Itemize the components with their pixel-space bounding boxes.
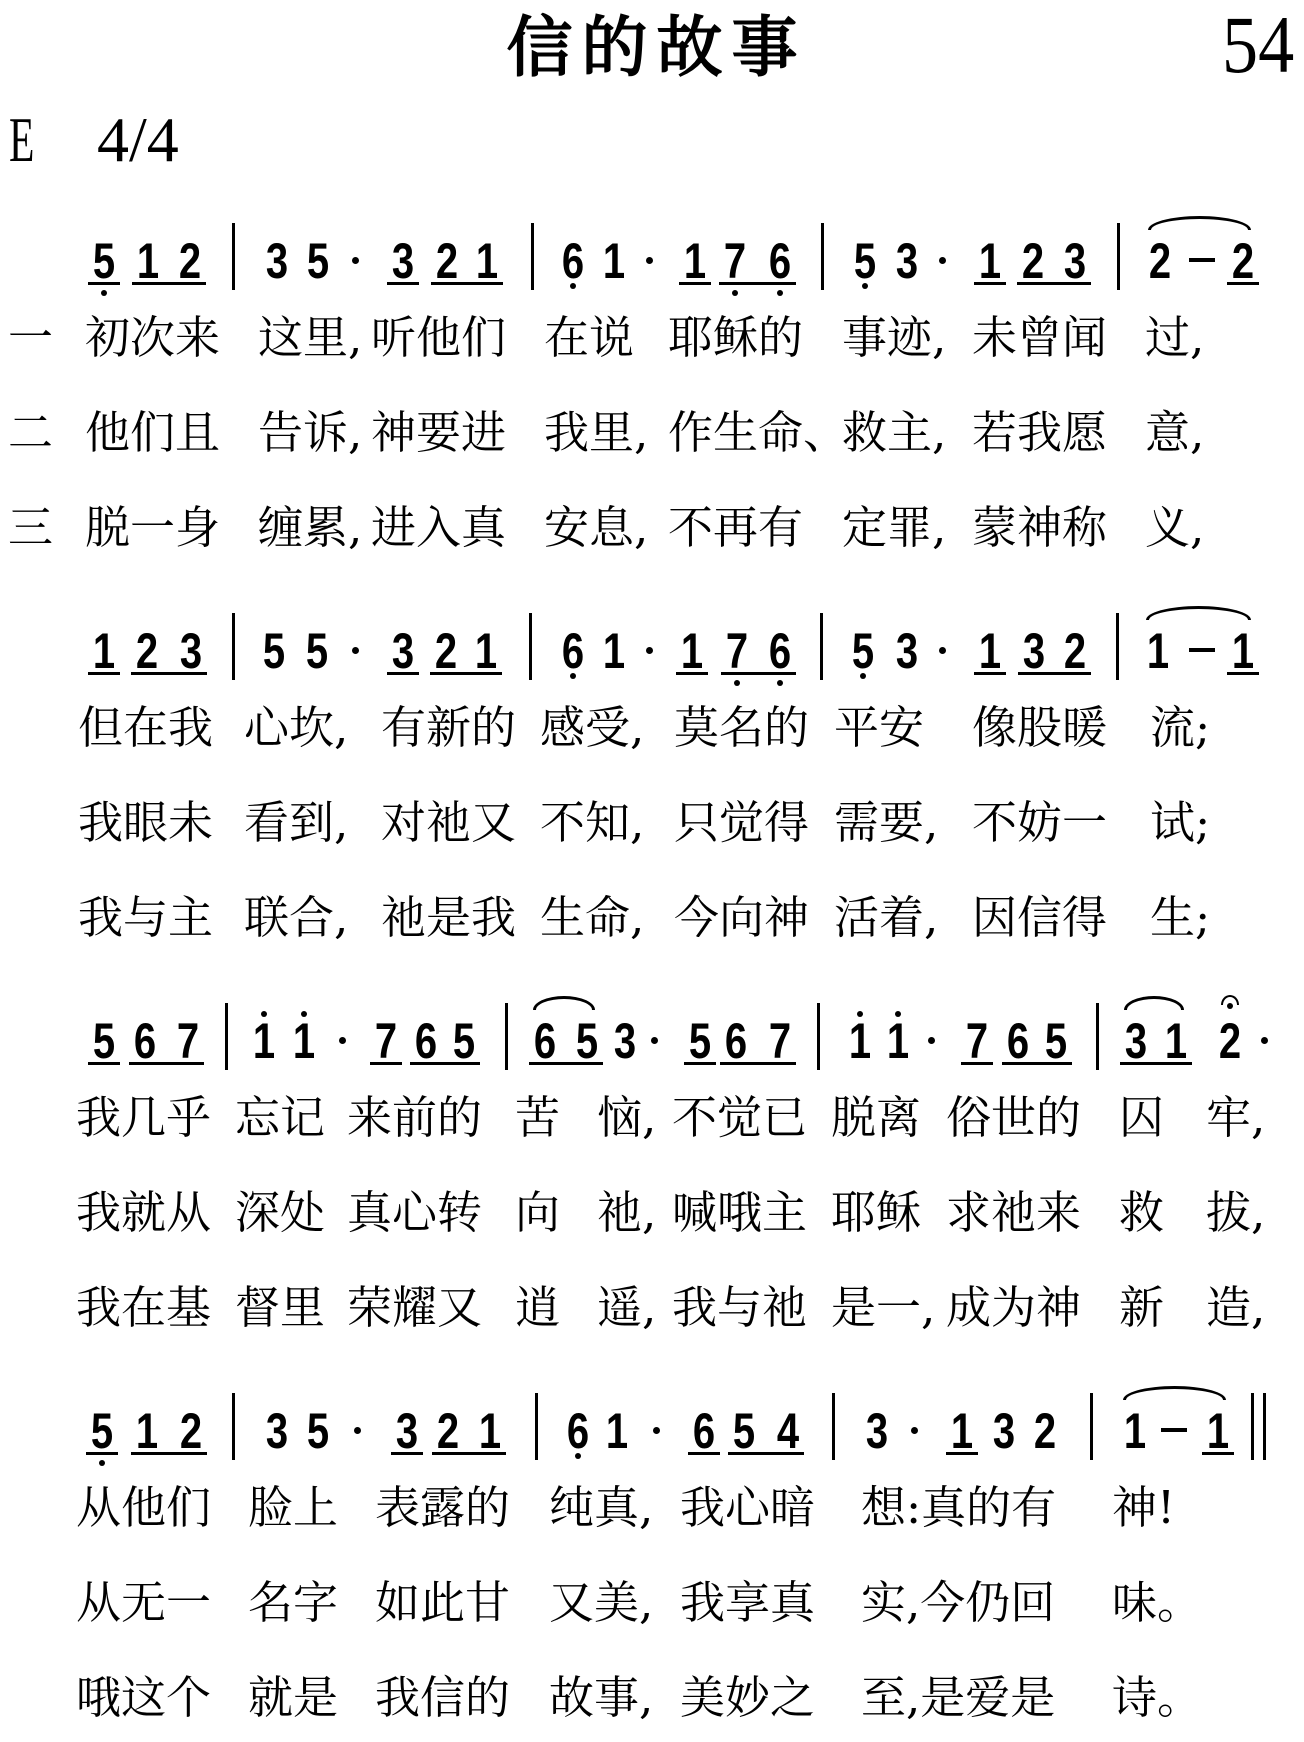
note: 5 (88, 1016, 120, 1066)
lyric-phrase: 在说 (544, 315, 634, 360)
note: 5 (847, 626, 879, 676)
lyric-phrase: 味。 (1112, 1580, 1202, 1625)
note: 3 (1018, 626, 1050, 676)
lyric-phrase: 这里, (258, 315, 362, 360)
note: 1 (474, 1406, 506, 1456)
lyric-phrase: 今向神 (674, 895, 809, 940)
lyric-phrase: 祂是我 (381, 895, 516, 940)
note: 7 (721, 626, 753, 676)
lyric-phrase: 造, (1206, 1285, 1265, 1330)
lyric-phrase: 名字 (248, 1580, 338, 1625)
beam-underline (88, 672, 120, 675)
lyric-phrase: 心坎, (244, 705, 348, 750)
note: 1 (1142, 626, 1174, 676)
lyric-phrase: 活着, (834, 895, 938, 940)
note: 1 (974, 236, 1006, 286)
verse-number: 三 (8, 505, 53, 550)
note: 2 (1059, 626, 1091, 676)
beam-underline (974, 672, 1006, 675)
beam-underline (721, 672, 796, 675)
lyric-phrase: 来前的 (347, 1095, 482, 1140)
lyric-phrase: 求祂来 (946, 1190, 1081, 1235)
note: 3 (1059, 236, 1091, 286)
note: 3 (1120, 1016, 1152, 1066)
augmentation-dot (939, 257, 946, 264)
note: 5 (302, 236, 334, 286)
note: 1 (1202, 1406, 1234, 1456)
note: 4 (772, 1406, 804, 1456)
barline (531, 223, 534, 290)
lyric-phrase: 拔, (1206, 1190, 1265, 1235)
lyric-phrase: 逍 (515, 1285, 560, 1330)
lyric-phrase: 但在我 (78, 705, 213, 750)
note: 2 (1227, 236, 1259, 286)
note: 1 (131, 1406, 163, 1456)
lyric-phrase: 耶稣 (831, 1190, 921, 1235)
augmentation-dot (646, 257, 653, 264)
lyric-phrase: 真心转 (347, 1190, 482, 1235)
lyric-phrase: 至,是爱是 (861, 1675, 1055, 1720)
augmentation-dot (651, 1037, 658, 1044)
note: 6 (562, 1406, 594, 1456)
beam-underline (131, 1452, 207, 1455)
augmentation-dot (653, 1427, 660, 1434)
lyric-phrase: 感受, (540, 705, 644, 750)
lyric-phrase: 只觉得 (674, 800, 809, 845)
note: 6 (688, 1406, 720, 1456)
note: 2 (1214, 1016, 1246, 1066)
note: 6 (1002, 1016, 1034, 1066)
note: 1 (882, 1016, 914, 1066)
lyric-phrase: 脱一身 (85, 505, 220, 550)
note: 5 (258, 626, 290, 676)
lyric-phrase: 不妨一 (972, 800, 1107, 845)
hymn-sheet: 信的故事 54 E 4/4 51235321611765312322一初次来这里… (0, 0, 1304, 1742)
high-octave-dot (301, 1011, 307, 1017)
lyric-phrase: 救主, (842, 410, 946, 455)
note: 2 (1144, 236, 1176, 286)
beam-underline (1227, 282, 1259, 285)
note: 5 (571, 1016, 603, 1066)
beam-underline (88, 282, 120, 285)
lyric-phrase: 未曾闻 (972, 315, 1107, 360)
note: 6 (557, 236, 589, 286)
hymn-number: 54 (1222, 4, 1294, 86)
beam-underline (129, 1062, 204, 1065)
note: 2 (175, 1406, 207, 1456)
note: 3 (891, 236, 923, 286)
low-octave-dot (777, 680, 783, 686)
lyric-phrase: 若我愿 (972, 410, 1107, 455)
beam-underline (431, 282, 503, 285)
note: 1 (844, 1016, 876, 1066)
lyric-phrase: 安息, (544, 505, 648, 550)
note: 1 (598, 626, 630, 676)
lyric-phrase: 缠累, (258, 505, 362, 550)
low-octave-dot (575, 1453, 581, 1459)
beam-underline (132, 282, 206, 285)
note: 5 (684, 1016, 716, 1066)
low-octave-dot (732, 290, 738, 296)
note: 3 (609, 1016, 641, 1066)
lyric-phrase: 像股暖 (972, 705, 1107, 750)
note: 5 (88, 236, 120, 286)
lyric-phrase: 定罪, (842, 505, 946, 550)
lyric-phrase: 美妙之 (680, 1675, 815, 1720)
note: 6 (764, 626, 796, 676)
lyric-phrase: 故事, (549, 1675, 653, 1720)
lyric-phrase: 哦这个 (76, 1675, 211, 1720)
note: 1 (248, 1016, 280, 1066)
note: 1 (946, 1406, 978, 1456)
barline (820, 613, 823, 680)
lyric-phrase: 有新的 (381, 705, 516, 750)
low-octave-dot (862, 283, 868, 289)
low-octave-dot (101, 290, 107, 296)
extension-dash (1161, 1428, 1187, 1432)
beam-underline (131, 672, 207, 675)
note: 1 (598, 236, 630, 286)
note: 1 (1227, 626, 1259, 676)
lyric-phrase: 作生命、 (668, 410, 848, 455)
lyric-phrase: 神! (1112, 1485, 1175, 1530)
lyric-phrase: 神要进 (371, 410, 506, 455)
lyric-phrase: 生; (1150, 895, 1210, 940)
note: 3 (891, 626, 923, 676)
hymn-title: 信的故事 (0, 8, 1304, 88)
lyric-phrase: 纯真, (549, 1485, 653, 1530)
extension-dash (1189, 258, 1215, 262)
lyric-phrase: 耶稣的 (668, 315, 803, 360)
high-octave-dot (857, 1011, 863, 1017)
barline (232, 223, 235, 290)
lyric-phrase: 想:真的有 (861, 1485, 1056, 1530)
augmentation-dot (354, 1427, 361, 1434)
beam-underline (720, 1062, 796, 1065)
lyric-phrase: 我信的 (375, 1675, 510, 1720)
barline (1117, 223, 1120, 290)
beam-underline (430, 672, 502, 675)
barline (225, 1003, 228, 1070)
barline (529, 613, 532, 680)
lyric-phrase: 是一, (831, 1285, 935, 1330)
note: 3 (261, 1406, 293, 1456)
lyric-phrase: 实,今仍回 (861, 1580, 1055, 1625)
beam-underline (961, 1062, 993, 1065)
lyric-phrase: 告诉, (258, 410, 362, 455)
note: 7 (172, 1016, 204, 1066)
slur-arc (533, 996, 595, 1010)
beam-underline (387, 672, 419, 675)
note: 1 (288, 1016, 320, 1066)
beam-underline (410, 1062, 480, 1065)
beam-underline (684, 1062, 716, 1065)
lyric-phrase: 从他们 (76, 1485, 211, 1530)
slur-arc (1124, 996, 1184, 1010)
note: 6 (557, 626, 589, 676)
final-barline (1263, 1393, 1266, 1460)
fermata-dot (1227, 1003, 1233, 1009)
barline (1090, 1393, 1093, 1460)
augmentation-dot (646, 647, 653, 654)
note: 5 (448, 1016, 480, 1066)
lyric-phrase: 他们且 (85, 410, 220, 455)
barline (1096, 1003, 1099, 1070)
lyric-phrase: 牢, (1206, 1095, 1265, 1140)
barline (505, 1003, 508, 1070)
note: 2 (430, 626, 462, 676)
high-octave-dot (895, 1011, 901, 1017)
beam-underline (1017, 282, 1091, 285)
lyric-phrase: 听他们 (371, 315, 506, 360)
lyric-phrase: 又美, (549, 1580, 653, 1625)
lyric-phrase: 囚 (1119, 1095, 1164, 1140)
low-octave-dot (570, 283, 576, 289)
lyric-phrase: 祂, (597, 1190, 656, 1235)
high-octave-dot (261, 1011, 267, 1017)
note: 5 (728, 1406, 760, 1456)
augmentation-dot (939, 647, 946, 654)
lyric-phrase: 因信得 (972, 895, 1107, 940)
note: 1 (974, 626, 1006, 676)
note: 1 (1119, 1406, 1151, 1456)
final-barline (1251, 1393, 1254, 1460)
verse-number: 一 (8, 315, 53, 360)
lyric-phrase: 诗。 (1112, 1675, 1202, 1720)
lyric-phrase: 看到, (244, 800, 348, 845)
low-octave-dot (860, 673, 866, 679)
beam-underline (86, 1452, 118, 1455)
lyric-phrase: 蒙神称 (972, 505, 1107, 550)
beam-underline (529, 1062, 603, 1065)
barline (232, 1393, 235, 1460)
lyric-phrase: 我与主 (78, 895, 213, 940)
note: 6 (410, 1016, 442, 1066)
note: 2 (432, 1406, 464, 1456)
beam-underline (88, 1062, 120, 1065)
barline (832, 1393, 835, 1460)
lyric-phrase: 遥, (597, 1285, 656, 1330)
lyric-phrase: 从无一 (76, 1580, 211, 1625)
beam-underline (1202, 1452, 1234, 1455)
augmentation-dot (339, 1037, 346, 1044)
note: 7 (370, 1016, 402, 1066)
lyric-phrase: 就是 (248, 1675, 338, 1720)
time-signature: 4/4 (97, 108, 179, 172)
lyric-phrase: 成为神 (946, 1285, 1081, 1330)
lyric-phrase: 我就从 (76, 1190, 211, 1235)
beam-underline (370, 1062, 402, 1065)
low-octave-dot (777, 290, 783, 296)
note: 3 (391, 1406, 423, 1456)
low-octave-dot (570, 673, 576, 679)
lyric-phrase: 我享真 (680, 1580, 815, 1625)
beam-underline (946, 1452, 978, 1455)
lyric-phrase: 我里, (544, 410, 648, 455)
low-octave-dot (734, 680, 740, 686)
note: 7 (719, 236, 751, 286)
note: 5 (849, 236, 881, 286)
lyric-phrase: 不再有 (668, 505, 803, 550)
lyric-phrase: 我几乎 (76, 1095, 211, 1140)
lyric-phrase: 我与祂 (672, 1285, 807, 1330)
note: 3 (261, 236, 293, 286)
beam-underline (728, 1452, 804, 1455)
barline (821, 223, 824, 290)
note: 3 (861, 1406, 893, 1456)
note: 1 (470, 626, 502, 676)
low-octave-dot (99, 1460, 105, 1466)
lyric-phrase: 对祂又 (381, 800, 516, 845)
key-signature: E (9, 108, 34, 172)
lyric-phrase: 救 (1119, 1190, 1164, 1235)
lyric-phrase: 喊哦主 (672, 1190, 807, 1235)
lyric-phrase: 过, (1145, 315, 1204, 360)
beam-underline (1120, 1062, 1192, 1065)
lyric-phrase: 督里 (235, 1285, 325, 1330)
slur-arc (1148, 216, 1251, 230)
note: 1 (601, 1406, 633, 1456)
beam-underline (432, 1452, 506, 1455)
note: 2 (431, 236, 463, 286)
augmentation-dot (352, 257, 359, 264)
lyric-phrase: 流; (1150, 705, 1210, 750)
augmentation-dot (1261, 1037, 1268, 1044)
augmentation-dot (911, 1427, 918, 1434)
note: 1 (88, 626, 120, 676)
lyric-phrase: 初次来 (85, 315, 220, 360)
note: 6 (529, 1016, 561, 1066)
note: 2 (1017, 236, 1049, 286)
barline (232, 613, 235, 680)
lyric-phrase: 事迹, (842, 315, 946, 360)
note: 6 (764, 236, 796, 286)
lyric-phrase: 试; (1150, 800, 1210, 845)
note: 1 (471, 236, 503, 286)
note: 5 (301, 626, 333, 676)
extension-dash (1189, 648, 1215, 652)
note: 5 (1040, 1016, 1072, 1066)
note: 2 (131, 626, 163, 676)
beam-underline (676, 672, 708, 675)
beam-underline (688, 1452, 720, 1455)
verse-number: 二 (8, 410, 53, 455)
lyric-phrase: 俗世的 (946, 1095, 1081, 1140)
beam-underline (974, 282, 1006, 285)
lyric-phrase: 深处 (235, 1190, 325, 1235)
beam-underline (1002, 1062, 1072, 1065)
lyric-phrase: 荣耀又 (347, 1285, 482, 1330)
slur-arc (1146, 606, 1251, 620)
lyric-phrase: 新 (1119, 1285, 1164, 1330)
beam-underline (719, 282, 796, 285)
lyric-phrase: 需要, (834, 800, 938, 845)
lyric-phrase: 忘记 (235, 1095, 325, 1140)
note: 6 (129, 1016, 161, 1066)
lyric-phrase: 不觉已 (672, 1095, 807, 1140)
slur-arc (1123, 1386, 1226, 1400)
barline (817, 1003, 820, 1070)
lyric-phrase: 进入真 (371, 505, 506, 550)
beam-underline (387, 282, 419, 285)
note: 1 (679, 236, 711, 286)
barline (535, 1393, 538, 1460)
lyric-phrase: 我在基 (76, 1285, 211, 1330)
note: 3 (387, 236, 419, 286)
note: 2 (1029, 1406, 1061, 1456)
augmentation-dot (928, 1037, 935, 1044)
note: 3 (988, 1406, 1020, 1456)
lyric-phrase: 意, (1145, 410, 1204, 455)
note: 2 (174, 236, 206, 286)
lyric-phrase: 我心暗 (680, 1485, 815, 1530)
lyric-phrase: 莫名的 (674, 705, 809, 750)
lyric-phrase: 向 (515, 1190, 560, 1235)
note: 3 (387, 626, 419, 676)
beam-underline (1227, 672, 1259, 675)
note: 7 (961, 1016, 993, 1066)
lyric-phrase: 如此甘 (375, 1580, 510, 1625)
lyric-phrase: 恼, (597, 1095, 656, 1140)
lyric-phrase: 不知, (540, 800, 644, 845)
lyric-phrase: 平安 (834, 705, 924, 750)
lyric-phrase: 生命, (540, 895, 644, 940)
note: 7 (764, 1016, 796, 1066)
lyric-phrase: 脱离 (831, 1095, 921, 1140)
lyric-phrase: 我眼未 (78, 800, 213, 845)
beam-underline (679, 282, 711, 285)
lyric-phrase: 苦 (515, 1095, 560, 1140)
note: 5 (302, 1406, 334, 1456)
augmentation-dot (352, 647, 359, 654)
lyric-phrase: 脸上 (248, 1485, 338, 1530)
note: 1 (676, 626, 708, 676)
barline (1116, 613, 1119, 680)
lyric-phrase: 表露的 (375, 1485, 510, 1530)
lyric-phrase: 义, (1145, 505, 1204, 550)
note: 6 (720, 1016, 752, 1066)
note: 5 (86, 1406, 118, 1456)
beam-underline (391, 1452, 423, 1455)
note: 3 (175, 626, 207, 676)
beam-underline (1018, 672, 1091, 675)
note: 1 (1160, 1016, 1192, 1066)
note: 1 (132, 236, 164, 286)
lyric-phrase: 联合, (244, 895, 348, 940)
